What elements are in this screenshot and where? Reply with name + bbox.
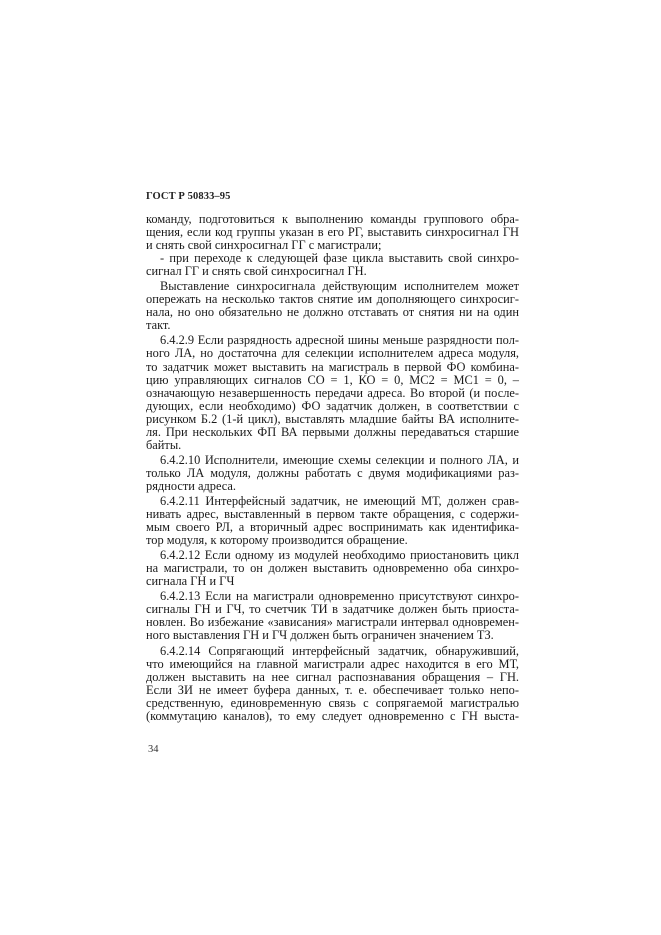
paragraph-continuation: команду, подготовиться к выполнению кома…: [146, 213, 519, 252]
text-line: рядности адреса.: [146, 480, 519, 493]
document-page: ГОСТ Р 50833–95 команду, подготовиться к…: [0, 0, 661, 935]
paragraph-sync-note: Выставление синхросигнала действующим ис…: [146, 280, 519, 332]
text-line: должен выставить на нее сигнал распознав…: [146, 671, 519, 684]
clause-6-4-2-10: 6.4.2.10 Исполнители, имеющие схемы селе…: [146, 454, 519, 493]
text-line: нала, но оно обязательно не должно отста…: [146, 306, 519, 319]
text-line: то задатчик может выставить на магистрал…: [146, 361, 519, 374]
text-line: тор модуля, к которому производится обра…: [146, 534, 519, 547]
clause-6-4-2-14: 6.4.2.14 Сопрягающий интерфейсный задатч…: [146, 645, 519, 723]
text-line: сигнала ГН и ГЧ: [146, 575, 519, 588]
text-line: Если ЗИ не имеет буфера данных, т. е. об…: [146, 684, 519, 697]
text-line: 6.4.2.10 Исполнители, имеющие схемы селе…: [146, 454, 519, 467]
running-header: ГОСТ Р 50833–95: [146, 191, 230, 202]
text-line: цию управляющих сигналов СО = 1, КО = 0,…: [146, 374, 519, 387]
text-line: такт.: [146, 319, 519, 332]
page-number: 34: [148, 744, 159, 755]
text-line: средственную, единовременную связь с соп…: [146, 697, 519, 710]
text-line: 6.4.2.14 Сопрягающий интерфейсный задатч…: [146, 645, 519, 658]
text-line: сигнал ГГ и снять свой синхросигнал ГН.: [146, 265, 519, 278]
text-line: означающую незавершенность передачи адре…: [146, 387, 519, 400]
text-line: ного ЛА, но достаточна для селекции испо…: [146, 347, 519, 360]
clause-6-4-2-12: 6.4.2.12 Если одному из модулей необходи…: [146, 549, 519, 588]
text-line: байты.: [146, 439, 519, 452]
text-line: (коммутацию каналов), то ему следует одн…: [146, 710, 519, 723]
list-item-dash: - при переходе к следующей фазе цикла вы…: [146, 252, 519, 278]
clause-6-4-2-9: 6.4.2.9 Если разрядность адресной шины м…: [146, 334, 519, 451]
text-line: только ЛА модуля, должны работать с двум…: [146, 467, 519, 480]
clause-6-4-2-13: 6.4.2.13 Если на магистрали одновременно…: [146, 590, 519, 642]
text-line: рисунком Б.2 (1-й цикл), выставлять млад…: [146, 413, 519, 426]
text-line: ля. При нескольких ФП ВА первыми должны …: [146, 426, 519, 439]
text-line: что имеющийся на главной магистрали адре…: [146, 658, 519, 671]
text-line: дующих, если необходимо) ФО задатчик дол…: [146, 400, 519, 413]
clause-6-4-2-11: 6.4.2.11 Интерфейсный задатчик, не имеющ…: [146, 495, 519, 547]
text-line: ного выставления ГН и ГЧ должен быть огр…: [146, 629, 519, 642]
body-text: команду, подготовиться к выполнению кома…: [146, 213, 519, 723]
